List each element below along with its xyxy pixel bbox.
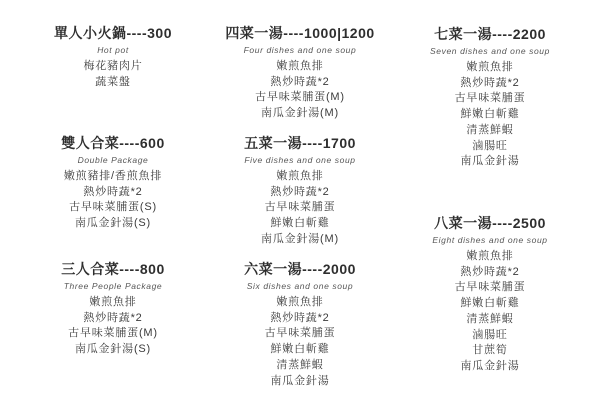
dish-list: 嫩煎豬排/香煎魚排熱炒時蔬*2古早味菜脯蛋(S)南瓜金針湯(S) (18, 169, 208, 232)
dish-item: 南瓜金針湯 (205, 374, 395, 390)
dish-item: 熱炒時蔬*2 (18, 185, 208, 201)
section-title: 八菜一湯----2500 (395, 214, 585, 232)
dish-item: 嫩煎豬排/香煎魚排 (18, 169, 208, 185)
dish-list: 嫩煎魚排熱炒時蔬*2古早味菜脯蛋鮮嫩白斬雞清蒸鮮蝦南瓜金針湯 (205, 295, 395, 389)
section-title: 單人小火鍋----300 (18, 24, 208, 42)
section-subtitle: Five dishes and one soup (205, 155, 395, 165)
dish-item: 南瓜金針湯(M) (205, 106, 395, 122)
dish-item: 南瓜金針湯 (395, 359, 585, 375)
dish-list: 嫩煎魚排熱炒時蔬*2古早味菜脯蛋鮮嫩白斬雞清蒸鮮蝦滷腸旺甘蔗筍南瓜金針湯 (395, 249, 585, 375)
dish-item: 滷腸旺 (395, 328, 585, 344)
dish-item: 鮮嫩白斬雞 (205, 342, 395, 358)
section-subtitle: Four dishes and one soup (205, 45, 395, 55)
section-subtitle: Hot pot (18, 45, 208, 55)
dish-item: 嫩煎魚排 (205, 59, 395, 75)
dish-item: 熱炒時蔬*2 (205, 311, 395, 327)
dish-item: 古早味菜脯蛋 (205, 200, 395, 216)
section-title: 三人合菜----800 (18, 260, 208, 278)
section-five-dishes-one-soup: 五菜一湯----1700 Five dishes and one soup 嫩煎… (205, 134, 395, 248)
section-subtitle: Seven dishes and one soup (395, 46, 585, 56)
section-title: 四菜一湯----1000|1200 (205, 24, 395, 42)
dish-item: 熱炒時蔬*2 (205, 75, 395, 91)
dish-item: 鮮嫩白斬雞 (205, 216, 395, 232)
dish-item: 鮮嫩白斬雞 (395, 107, 585, 123)
dish-item: 古早味菜脯蛋(M) (18, 326, 208, 342)
dish-list: 嫩煎魚排熱炒時蔬*2古早味菜脯蛋鮮嫩白斬雞清蒸鮮蝦滷腸旺南瓜金針湯 (395, 60, 585, 170)
dish-item: 嫩煎魚排 (395, 60, 585, 76)
dish-item: 蔬菜盤 (18, 75, 208, 91)
menu-column-right: 七菜一湯----2200 Seven dishes and one soup 嫩… (395, 0, 585, 401)
dish-item: 南瓜金針湯(M) (205, 232, 395, 248)
section-six-dishes-one-soup: 六菜一湯----2000 Six dishes and one soup 嫩煎魚… (205, 260, 395, 389)
section-three-people-package: 三人合菜----800 Three People Package 嫩煎魚排熱炒時… (18, 260, 208, 358)
section-title: 七菜一湯----2200 (395, 25, 585, 43)
dish-item: 嫩煎魚排 (18, 295, 208, 311)
dish-list: 梅花豬肉片蔬菜盤 (18, 59, 208, 90)
dish-item: 南瓜金針湯 (395, 154, 585, 170)
menu-column-left: 單人小火鍋----300 Hot pot 梅花豬肉片蔬菜盤 雙人合菜----60… (18, 0, 208, 401)
section-double-package: 雙人合菜----600 Double Package 嫩煎豬排/香煎魚排熱炒時蔬… (18, 134, 208, 232)
section-subtitle: Eight dishes and one soup (395, 235, 585, 245)
section-subtitle: Six dishes and one soup (205, 281, 395, 291)
menu-column-middle: 四菜一湯----1000|1200 Four dishes and one so… (205, 0, 395, 401)
dish-item: 清蒸鮮蝦 (395, 123, 585, 139)
dish-item: 梅花豬肉片 (18, 59, 208, 75)
dish-item: 熱炒時蔬*2 (18, 311, 208, 327)
dish-item: 古早味菜脯蛋 (395, 280, 585, 296)
section-title: 六菜一湯----2000 (205, 260, 395, 278)
dish-item: 南瓜金針湯(S) (18, 342, 208, 358)
section-eight-dishes-one-soup: 八菜一湯----2500 Eight dishes and one soup 嫩… (395, 214, 585, 375)
section-seven-dishes-one-soup: 七菜一湯----2200 Seven dishes and one soup 嫩… (395, 25, 585, 170)
dish-item: 熱炒時蔬*2 (395, 76, 585, 92)
dish-item: 嫩煎魚排 (205, 295, 395, 311)
dish-list: 嫩煎魚排熱炒時蔬*2古早味菜脯蛋鮮嫩白斬雞南瓜金針湯(M) (205, 169, 395, 248)
section-title: 五菜一湯----1700 (205, 134, 395, 152)
section-subtitle: Three People Package (18, 281, 208, 291)
section-single-hot-pot: 單人小火鍋----300 Hot pot 梅花豬肉片蔬菜盤 (18, 24, 208, 90)
dish-item: 滷腸旺 (395, 139, 585, 155)
dish-item: 甘蔗筍 (395, 343, 585, 359)
dish-item: 熱炒時蔬*2 (205, 185, 395, 201)
section-title: 雙人合菜----600 (18, 134, 208, 152)
dish-item: 古早味菜脯蛋(M) (205, 90, 395, 106)
dish-list: 嫩煎魚排熱炒時蔬*2古早味菜脯蛋(M)南瓜金針湯(M) (205, 59, 395, 122)
dish-item: 南瓜金針湯(S) (18, 216, 208, 232)
dish-item: 清蒸鮮蝦 (205, 358, 395, 374)
dish-item: 古早味菜脯蛋(S) (18, 200, 208, 216)
dish-item: 嫩煎魚排 (395, 249, 585, 265)
dish-item: 鮮嫩白斬雞 (395, 296, 585, 312)
dish-item: 清蒸鮮蝦 (395, 312, 585, 328)
dish-item: 熱炒時蔬*2 (395, 265, 585, 281)
menu-page: 單人小火鍋----300 Hot pot 梅花豬肉片蔬菜盤 雙人合菜----60… (0, 0, 600, 401)
dish-item: 古早味菜脯蛋 (395, 91, 585, 107)
dish-list: 嫩煎魚排熱炒時蔬*2古早味菜脯蛋(M)南瓜金針湯(S) (18, 295, 208, 358)
section-subtitle: Double Package (18, 155, 208, 165)
dish-item: 嫩煎魚排 (205, 169, 395, 185)
section-four-dishes-one-soup: 四菜一湯----1000|1200 Four dishes and one so… (205, 24, 395, 122)
dish-item: 古早味菜脯蛋 (205, 326, 395, 342)
